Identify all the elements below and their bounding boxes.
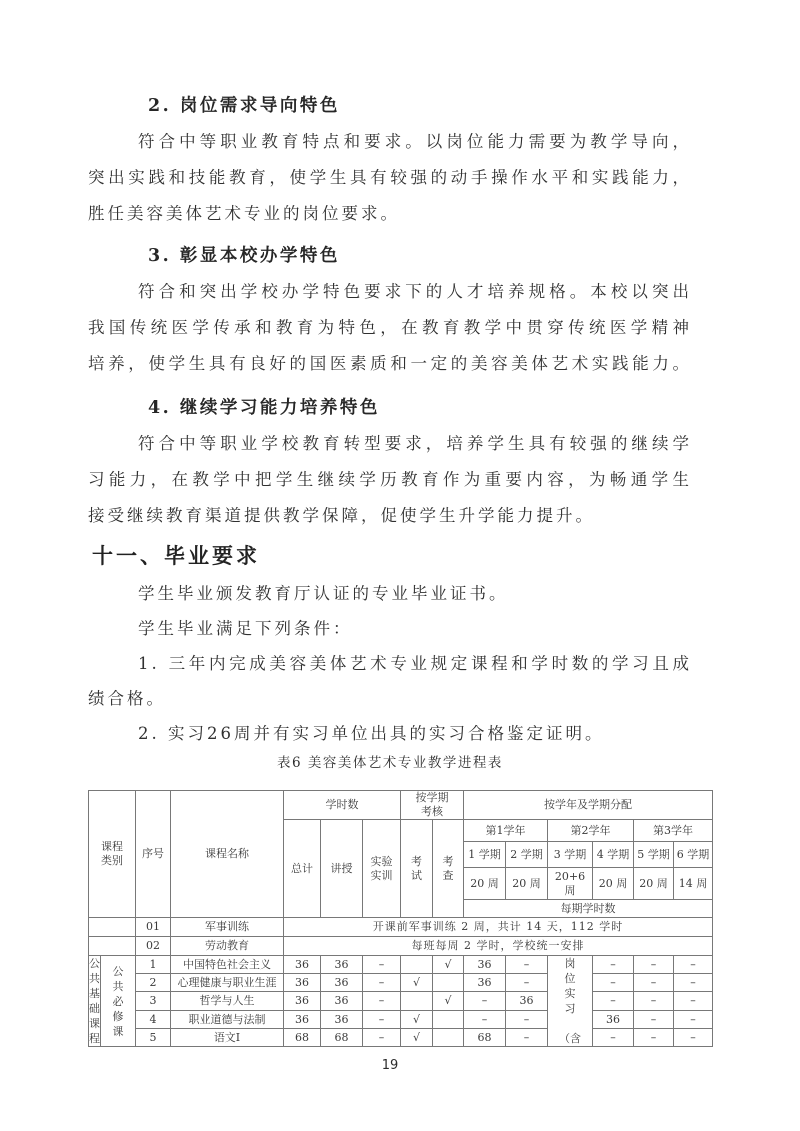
th-practice: 实验 实训: [363, 820, 401, 918]
paragraph-line: 2. 实习26周并有实习单位出具的实习合格鉴定证明。: [88, 716, 692, 751]
table-row-course-4: 4 职业道德与法制 36 36 – √ – – 36 – –: [89, 1010, 713, 1028]
cell-s5: –: [634, 1010, 674, 1028]
cell-s2: –: [506, 1010, 548, 1028]
cell-exam: √: [401, 1010, 433, 1028]
paragraph-line: 绩合格。: [88, 681, 692, 716]
cell-s4: –: [593, 974, 634, 992]
cell-lecture: 68: [321, 1028, 363, 1046]
th-per-term-hours: 每期学时数: [464, 900, 713, 918]
th-weeks-3: 20+6 周: [548, 868, 593, 900]
section-4: 4. 继续学习能力培养特色 符合中等职业学校教育转型要求，培养学生具有较强的继续…: [88, 390, 692, 534]
th-semester-3: 3 学期: [548, 842, 593, 868]
th-weeks-1: 20 周: [464, 868, 506, 900]
cell-internship-merged: 岗 位 实 习 （含: [548, 956, 593, 1047]
th-exam: 考 试: [401, 820, 433, 918]
section-4-heading: 4. 继续学习能力培养特色: [88, 390, 692, 426]
table-row-military: 01 军事训练 开课前军事训练 2 周，共计 14 天，112 学时: [89, 918, 713, 937]
th-check: 考 查: [433, 820, 464, 918]
cell-practice: –: [363, 992, 401, 1010]
cell-lecture: 36: [321, 956, 363, 974]
cell-s1: 36: [464, 974, 506, 992]
th-index: 序号: [136, 791, 171, 918]
cell-s5: –: [634, 1028, 674, 1046]
cell-practice: –: [363, 1028, 401, 1046]
cell-empty-category: [89, 937, 136, 956]
th-weeks-5: 20 周: [634, 868, 674, 900]
document-body: 2. 岗位需求导向特色 符合中等职业教育特点和要求。以岗位能力需要为教学导向， …: [88, 88, 692, 1073]
section-2: 2. 岗位需求导向特色 符合中等职业教育特点和要求。以岗位能力需要为教学导向， …: [88, 88, 692, 232]
cell-total: 36: [284, 992, 321, 1010]
table-title: 表6 美容美体艺术专业教学进程表: [88, 751, 692, 775]
th-year-2: 第2学年: [548, 820, 634, 842]
th-weeks-4: 20 周: [593, 868, 634, 900]
paragraph-line: 1. 三年内完成美容美体艺术专业规定课程和学时数的学习且成: [88, 646, 692, 681]
cell-s2: –: [506, 956, 548, 974]
cell-s1: 36: [464, 956, 506, 974]
th-course-category: 课程 类别: [89, 791, 136, 918]
cell-check: [433, 974, 464, 992]
cell-practice: –: [363, 1010, 401, 1028]
section-graduation: 十一、毕业要求 学生毕业颁发教育厅认证的专业毕业证书。 学生毕业满足下列条件： …: [88, 536, 692, 751]
cell-s6: –: [674, 1028, 713, 1046]
cell-note: 每班每周 2 学时，学校统一安排: [284, 937, 713, 956]
cell-exam: √: [401, 1028, 433, 1046]
cell-total: 36: [284, 1010, 321, 1028]
th-semester-6: 6 学期: [674, 842, 713, 868]
cell-index: 01: [136, 918, 171, 937]
cell-total: 36: [284, 974, 321, 992]
cell-total: 36: [284, 956, 321, 974]
paragraph-line: 我国传统医学传承和教育为特色，在教育教学中贯穿传统医学精神: [88, 310, 692, 346]
cell-s4: –: [593, 992, 634, 1010]
paragraph-line: 符合中等职业教育特点和要求。以岗位能力需要为教学导向，: [88, 124, 692, 160]
th-semester-4: 4 学期: [593, 842, 634, 868]
cell-course-name: 语文Ⅰ: [171, 1028, 284, 1046]
cell-category-inner: 公 共 必 修 课: [101, 956, 136, 1047]
th-weeks-2: 20 周: [506, 868, 548, 900]
th-hours-group: 学时数: [284, 791, 401, 820]
th-semester-5: 5 学期: [634, 842, 674, 868]
cell-note: 开课前军事训练 2 周，共计 14 天，112 学时: [284, 918, 713, 937]
cell-index: 5: [136, 1028, 171, 1046]
graduation-heading: 十一、毕业要求: [88, 536, 692, 576]
th-semester-2: 2 学期: [506, 842, 548, 868]
cell-index: 2: [136, 974, 171, 992]
th-exam-group: 按学期 考核: [401, 791, 464, 820]
paragraph-line: 培养，使学生具有良好的国医素质和一定的美容美体艺术实践能力。: [88, 346, 692, 382]
table-row-course-2: 2 心理健康与职业生涯 36 36 – √ 36 – – – –: [89, 974, 713, 992]
cell-s1: 68: [464, 1028, 506, 1046]
cell-s4: –: [593, 956, 634, 974]
cell-practice: –: [363, 974, 401, 992]
cell-index: 1: [136, 956, 171, 974]
page-number: 19: [88, 1059, 692, 1073]
th-distribution-group: 按学年及学期分配: [464, 791, 713, 820]
table-row-labor: 02 劳动教育 每班每周 2 学时，学校统一安排: [89, 937, 713, 956]
cell-s5: –: [634, 956, 674, 974]
paragraph-line: 符合中等职业学校教育转型要求，培养学生具有较强的继续学: [88, 426, 692, 462]
th-year-3: 第3学年: [634, 820, 713, 842]
cell-s4: –: [593, 1028, 634, 1046]
cell-lecture: 36: [321, 992, 363, 1010]
cell-exam: √: [401, 974, 433, 992]
section-3-heading: 3. 彰显本校办学特色: [88, 238, 692, 274]
cell-course-name: 军事训练: [171, 918, 284, 937]
cell-lecture: 36: [321, 974, 363, 992]
paragraph-line: 符合和突出学校办学特色要求下的人才培养规格。本校以突出: [88, 274, 692, 310]
cell-practice: –: [363, 956, 401, 974]
cell-s6: –: [674, 1010, 713, 1028]
cell-s1: –: [464, 1010, 506, 1028]
cell-check: [433, 1028, 464, 1046]
cell-s6: –: [674, 974, 713, 992]
cell-s2: –: [506, 974, 548, 992]
th-semester-1: 1 学期: [464, 842, 506, 868]
document-page: 2. 岗位需求导向特色 符合中等职业教育特点和要求。以岗位能力需要为教学导向， …: [0, 0, 800, 1131]
th-lecture: 讲授: [321, 820, 363, 918]
th-weeks-6: 14 周: [674, 868, 713, 900]
th-total: 总计: [284, 820, 321, 918]
paragraph-line: 学生毕业颁发教育厅认证的专业毕业证书。: [88, 576, 692, 611]
section-3: 3. 彰显本校办学特色 符合和突出学校办学特色要求下的人才培养规格。本校以突出 …: [88, 238, 692, 382]
cell-exam: [401, 992, 433, 1010]
cell-index: 3: [136, 992, 171, 1010]
cell-s4: 36: [593, 1010, 634, 1028]
table-row-course-5: 5 语文Ⅰ 68 68 – √ 68 – – – –: [89, 1028, 713, 1046]
cell-total: 68: [284, 1028, 321, 1046]
cell-course-name: 心理健康与职业生涯: [171, 974, 284, 992]
paragraph-line: 习能力，在教学中把学生继续学历教育作为重要内容，为畅通学生: [88, 462, 692, 498]
header-row-groups: 课程 类别 序号 课程名称 学时数 按学期 考核 按学年及学期分配: [89, 791, 713, 820]
th-year-1: 第1学年: [464, 820, 548, 842]
cell-course-name: 中国特色社会主义: [171, 956, 284, 974]
cell-empty-category: [89, 918, 136, 937]
cell-lecture: 36: [321, 1010, 363, 1028]
teaching-schedule-table: 课程 类别 序号 课程名称 学时数 按学期 考核 按学年及学期分配 总计 讲授 …: [88, 790, 713, 1047]
cell-course-name: 劳动教育: [171, 937, 284, 956]
cell-course-name: 哲学与人生: [171, 992, 284, 1010]
cell-course-name: 职业道德与法制: [171, 1010, 284, 1028]
table-row-course-1: 公 共 基 础 课 程 公 共 必 修 课 1 中国特色社会主义 36 36 –…: [89, 956, 713, 974]
section-2-heading: 2. 岗位需求导向特色: [88, 88, 692, 124]
cell-index: 4: [136, 1010, 171, 1028]
cell-s2: 36: [506, 992, 548, 1010]
cell-s5: –: [634, 992, 674, 1010]
cell-s6: –: [674, 956, 713, 974]
cell-s1: –: [464, 992, 506, 1010]
th-course-name: 课程名称: [171, 791, 284, 918]
cell-category-outer: 公 共 基 础 课 程: [89, 956, 101, 1047]
cell-check: √: [433, 956, 464, 974]
cell-index: 02: [136, 937, 171, 956]
cell-s2: –: [506, 1028, 548, 1046]
paragraph-line: 突出实践和技能教育，使学生具有较强的动手操作水平和实践能力，: [88, 160, 692, 196]
paragraph-line: 学生毕业满足下列条件：: [88, 611, 692, 646]
cell-check: [433, 1010, 464, 1028]
table-row-course-3: 3 哲学与人生 36 36 – √ – 36 – – –: [89, 992, 713, 1010]
paragraph-line: 胜任美容美体艺术专业的岗位要求。: [88, 196, 692, 232]
paragraph-line: 接受继续教育渠道提供教学保障，促使学生升学能力提升。: [88, 498, 692, 534]
cell-s6: –: [674, 992, 713, 1010]
cell-exam: [401, 956, 433, 974]
cell-s5: –: [634, 974, 674, 992]
cell-check: √: [433, 992, 464, 1010]
